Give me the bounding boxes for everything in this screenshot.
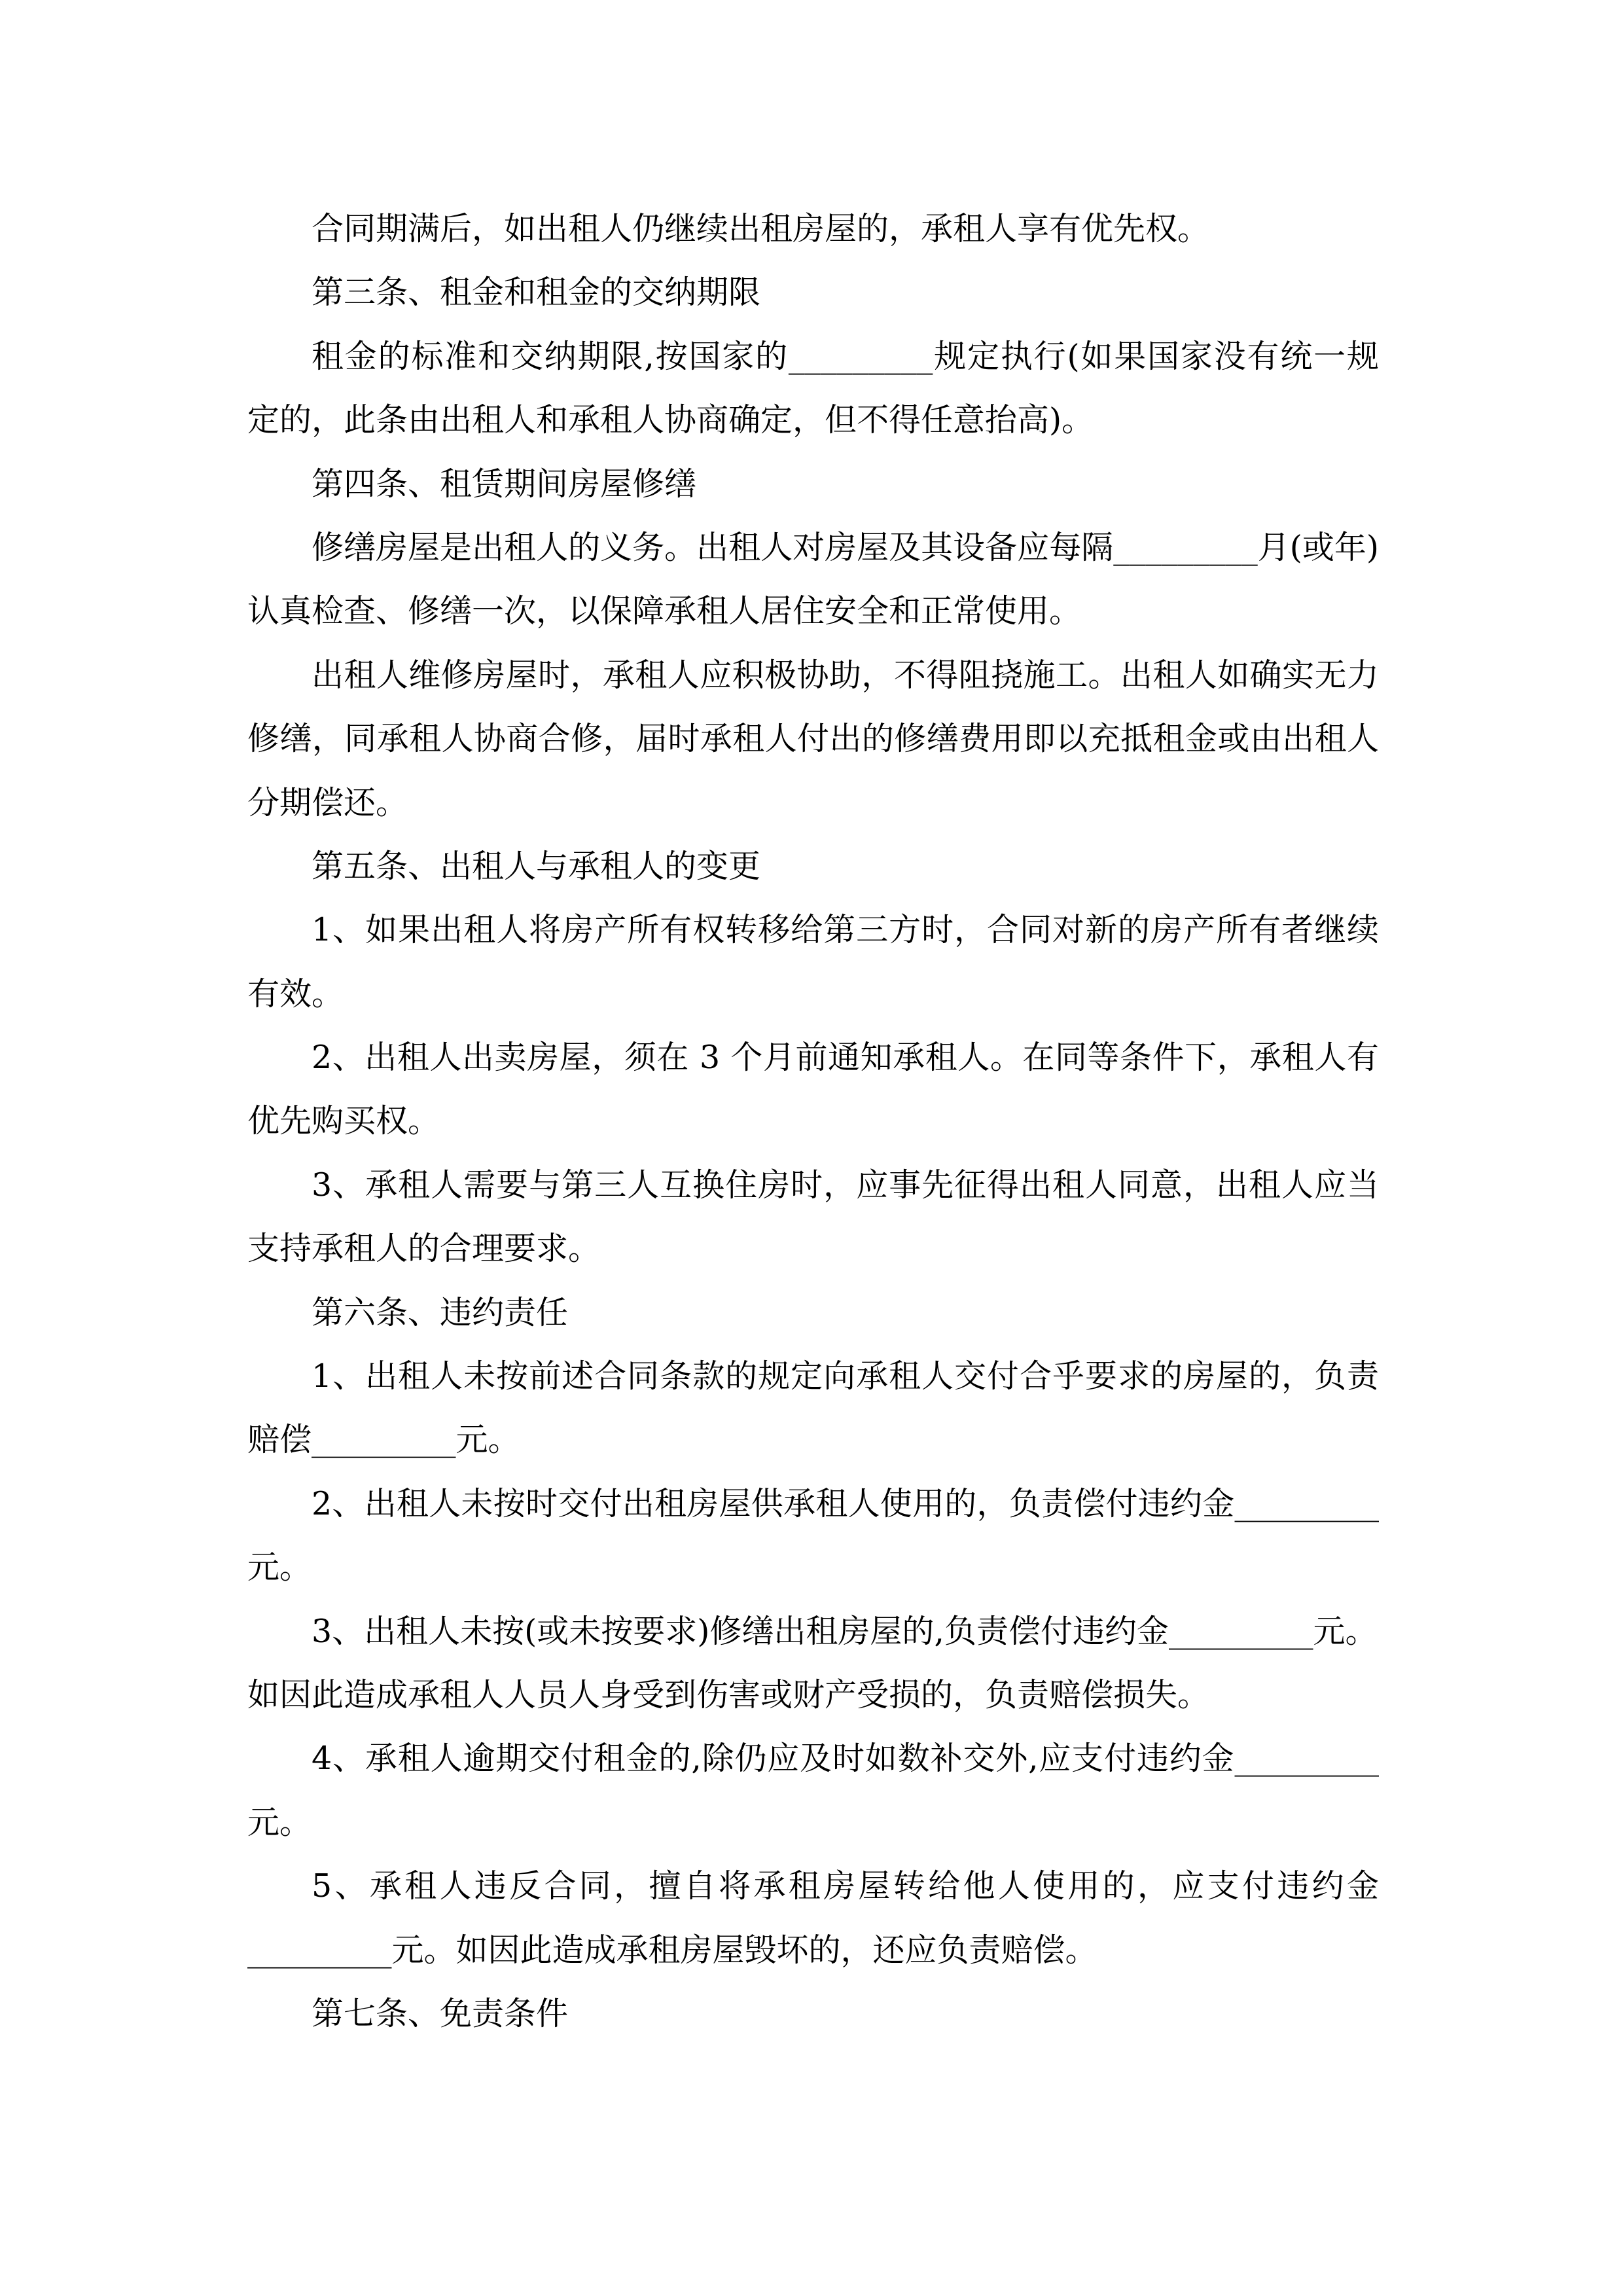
contract-line: 元。 bbox=[247, 1535, 1379, 1599]
contract-line: 3、承租人需要与第三人互换住房时，应事先征得出租人同意，出租人应当 bbox=[247, 1153, 1379, 1217]
contract-line: 分期偿还。 bbox=[247, 771, 1379, 834]
contract-line: 优先购买权。 bbox=[247, 1089, 1379, 1153]
contract-line: 如因此造成承租人人员人身受到伤害或财产受损的，负责赔偿损失。 bbox=[247, 1663, 1379, 1727]
contract-line: 认真检查、修缮一次，以保障承租人居住安全和正常使用。 bbox=[247, 579, 1379, 643]
contract-line: 修缮，同承租人协商合修，届时承租人付出的修缮费用即以充抵租金或由出租人 bbox=[247, 707, 1379, 770]
contract-line: 赔偿_________元。 bbox=[247, 1408, 1379, 1471]
contract-line: 元。 bbox=[247, 1791, 1379, 1854]
contract-line: 定的，此条由出租人和承租人协商确定，但不得任意抬高)。 bbox=[247, 388, 1379, 452]
contract-line: 2、出租人出卖房屋，须在 3 个月前通知承租人。在同等条件下，承租人有 bbox=[247, 1026, 1379, 1089]
contract-line: 2、出租人未按时交付出租房屋供承租人使用的，负责偿付违约金_________ bbox=[247, 1472, 1379, 1535]
contract-line: 1、出租人未按前述合同条款的规定向承租人交付合乎要求的房屋的，负责 bbox=[247, 1344, 1379, 1408]
contract-line: _________元。如因此造成承租房屋毁坏的，还应负责赔偿。 bbox=[247, 1918, 1379, 1982]
contract-line: 支持承租人的合理要求。 bbox=[247, 1217, 1379, 1280]
contract-line: 合同期满后，如出租人仍继续出租房屋的，承租人享有优先权。 bbox=[247, 197, 1379, 260]
contract-line: 第五条、出租人与承租人的变更 bbox=[247, 834, 1379, 898]
contract-line: 第七条、免责条件 bbox=[247, 1982, 1379, 2045]
contract-line: 租金的标准和交纳期限,按国家的_________规定执行(如果国家没有统一规 bbox=[247, 325, 1379, 388]
contract-line: 5、承租人违反合同，擅自将承租房屋转给他人使用的，应支付违约金 bbox=[247, 1854, 1379, 1918]
contract-line: 修缮房屋是出租人的义务。出租人对房屋及其设备应每隔_________月(或年) bbox=[247, 516, 1379, 579]
contract-line: 第六条、违约责任 bbox=[247, 1281, 1379, 1344]
contract-text-block: 合同期满后，如出租人仍继续出租房屋的，承租人享有优先权。第三条、租金和租金的交纳… bbox=[247, 197, 1379, 2045]
contract-line: 有效。 bbox=[247, 962, 1379, 1026]
contract-line: 1、如果出租人将房产所有权转移给第三方时，合同对新的房产所有者继续 bbox=[247, 898, 1379, 961]
contract-line: 出租人维修房屋时，承租人应积极协助，不得阻挠施工。出租人如确实无力 bbox=[247, 643, 1379, 707]
contract-line: 第四条、租赁期间房屋修缮 bbox=[247, 452, 1379, 516]
document-page: 合同期满后，如出租人仍继续出租房屋的，承租人享有优先权。第三条、租金和租金的交纳… bbox=[0, 0, 1623, 2296]
contract-line: 4、承租人逾期交付租金的,除仍应及时如数补交外,应支付违约金_________ bbox=[247, 1727, 1379, 1790]
contract-line: 第三条、租金和租金的交纳期限 bbox=[247, 260, 1379, 324]
contract-line: 3、出租人未按(或未按要求)修缮出租房屋的,负责偿付违约金_________元。 bbox=[247, 1600, 1379, 1663]
